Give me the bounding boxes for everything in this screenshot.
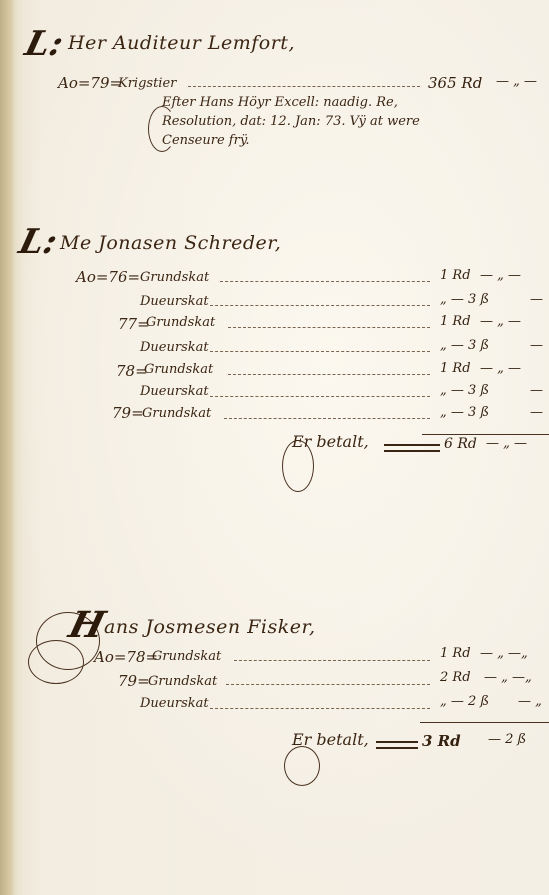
- line-marks: — „ —: [480, 268, 521, 283]
- dotted-leader: [228, 374, 430, 375]
- entry-initial: L:: [21, 24, 67, 64]
- line-item: Grundskat: [148, 674, 217, 689]
- total-amount: 3 Rd: [422, 732, 461, 750]
- total-marks: — „ —: [486, 436, 527, 451]
- line-year: Ao=76=: [76, 268, 140, 286]
- sum-rule: [422, 434, 549, 435]
- line-marks: — „ —„: [484, 670, 532, 685]
- line-item: Grundskat: [144, 362, 213, 377]
- dotted-leader: [210, 351, 430, 352]
- line-item: Dueurskat: [140, 294, 209, 309]
- dotted-leader: [210, 396, 430, 397]
- line-amount: 365 Rd: [428, 74, 482, 92]
- line-marks: —: [530, 383, 543, 398]
- note-line: Efter Hans Höyr Excell: naadig. Re,: [162, 94, 398, 112]
- dotted-leader: [210, 708, 430, 709]
- dotted-leader: [228, 327, 430, 328]
- dotted-leader: [188, 86, 420, 87]
- line-item: Dueurskat: [140, 340, 209, 355]
- dotted-leader: [220, 281, 430, 282]
- letter-flourish: [284, 746, 320, 786]
- entry-heading: Her Auditeur Lemfort,: [68, 32, 295, 54]
- line-year: Ao=79=: [58, 74, 122, 92]
- line-marks: — „ —„: [480, 646, 528, 661]
- line-amount: 1 Rd: [440, 646, 471, 661]
- total-label: Er betalt,: [292, 730, 369, 749]
- total-label: Er betalt,: [292, 432, 369, 451]
- line-item: Grundskat: [146, 315, 215, 330]
- line-amount: „ — 3 ß: [440, 292, 489, 307]
- line-marks: —: [530, 292, 543, 307]
- line-amount: „ — 3 ß: [440, 405, 489, 420]
- line-item: Dueurskat: [140, 384, 209, 399]
- line-amount: 1 Rd: [440, 361, 471, 376]
- line-marks: — „ —: [496, 74, 537, 89]
- sum-rule: [420, 722, 549, 723]
- line-year: 78=: [116, 362, 148, 380]
- entry-initial: H: [65, 604, 109, 646]
- line-marks: —: [530, 405, 543, 420]
- line-marks: — „ —: [480, 314, 521, 329]
- line-item: Grundskat: [140, 270, 209, 285]
- line-year: 79=: [118, 672, 150, 690]
- line-year: Ao=78=: [94, 648, 158, 666]
- line-year: 79=: [112, 404, 144, 422]
- book-spine-edge: [0, 0, 14, 895]
- entry-heading: Me Jonasen Schreder,: [60, 232, 281, 254]
- line-marks: — „: [518, 694, 542, 709]
- line-amount: „ — 3 ß: [440, 383, 489, 398]
- line-amount: 2 Rd: [440, 670, 471, 685]
- dotted-leader: [210, 305, 430, 306]
- entry-initial: L:: [15, 222, 61, 262]
- line-year: 77=: [118, 315, 150, 333]
- total-marks: — 2 ß: [488, 732, 526, 747]
- line-marks: — „ —: [480, 361, 521, 376]
- line-item: Grundskat: [152, 649, 221, 664]
- note-line: Resolution, dat: 12. Jan: 73. Vÿ at were: [162, 113, 420, 131]
- note-line: Censeure frÿ.: [162, 132, 250, 150]
- double-rule: [384, 444, 440, 452]
- double-rule: [376, 741, 418, 749]
- dotted-leader: [226, 684, 430, 685]
- line-item: Grundskat: [142, 406, 211, 421]
- total-amount: 6 Rd: [444, 436, 477, 452]
- line-amount: 1 Rd: [440, 268, 471, 283]
- manuscript-page: L: Her Auditeur Lemfort, Ao=79= Krigstie…: [0, 0, 549, 895]
- line-amount: 1 Rd: [440, 314, 471, 329]
- letter-flourish: [28, 640, 84, 684]
- line-amount: „ — 3 ß: [440, 338, 489, 353]
- line-marks: —: [530, 338, 543, 353]
- entry-heading: ans Josmesen Fisker,: [104, 616, 316, 638]
- dotted-leader: [234, 660, 430, 661]
- line-item: Krigstier: [118, 76, 176, 91]
- dotted-leader: [224, 418, 430, 419]
- line-amount: „ — 2 ß: [440, 694, 489, 709]
- line-item: Dueurskat: [140, 696, 209, 711]
